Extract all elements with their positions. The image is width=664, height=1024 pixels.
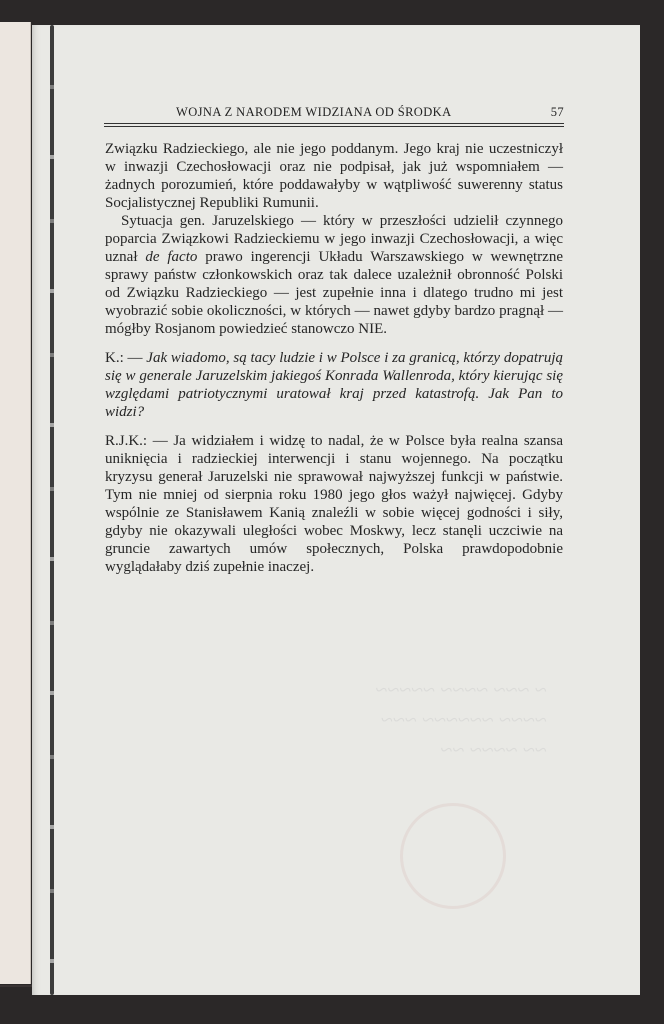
handwriting-bleed-through: ~ ~~~ ~~~~ ~~~~~~~~~ ~~~~~~ ~~~~~ ~~~~ ~… [127,675,547,765]
book-page: WOJNA Z NARODEM WIDZIANA OD ŚRODKA 57 Zw… [32,25,640,995]
running-head-title: WOJNA Z NARODEM WIDZIANA OD ŚRODKA [176,105,452,120]
facing-page-edge [0,22,31,984]
question-text: Jak wiadomo, są tacy ludzie i w Polsce i… [105,350,563,420]
speaker-label: K.: — [105,350,146,366]
header-rule-bottom [104,126,564,127]
binding-gutter [50,25,54,995]
body-text: Związku Radzieckiego, ale nie jego podda… [105,140,563,576]
facing-page-corner [0,965,32,987]
header-rule-top [104,123,564,124]
interviewer-question: K.: — Jak wiadomo, są tacy ludzie i w Po… [105,349,563,421]
interviewee-answer: R.J.K.: — Ja widziałem i widzę to nadal,… [105,432,563,576]
italic-term: de facto [145,249,197,265]
paragraph-continuation: Związku Radzieckiego, ale nie jego podda… [105,140,563,212]
library-stamp [400,803,506,909]
paragraph-jaruzelski-situation: Sytuacja gen. Jaruzelskiego — który w pr… [105,212,563,338]
page-number: 57 [551,105,564,120]
